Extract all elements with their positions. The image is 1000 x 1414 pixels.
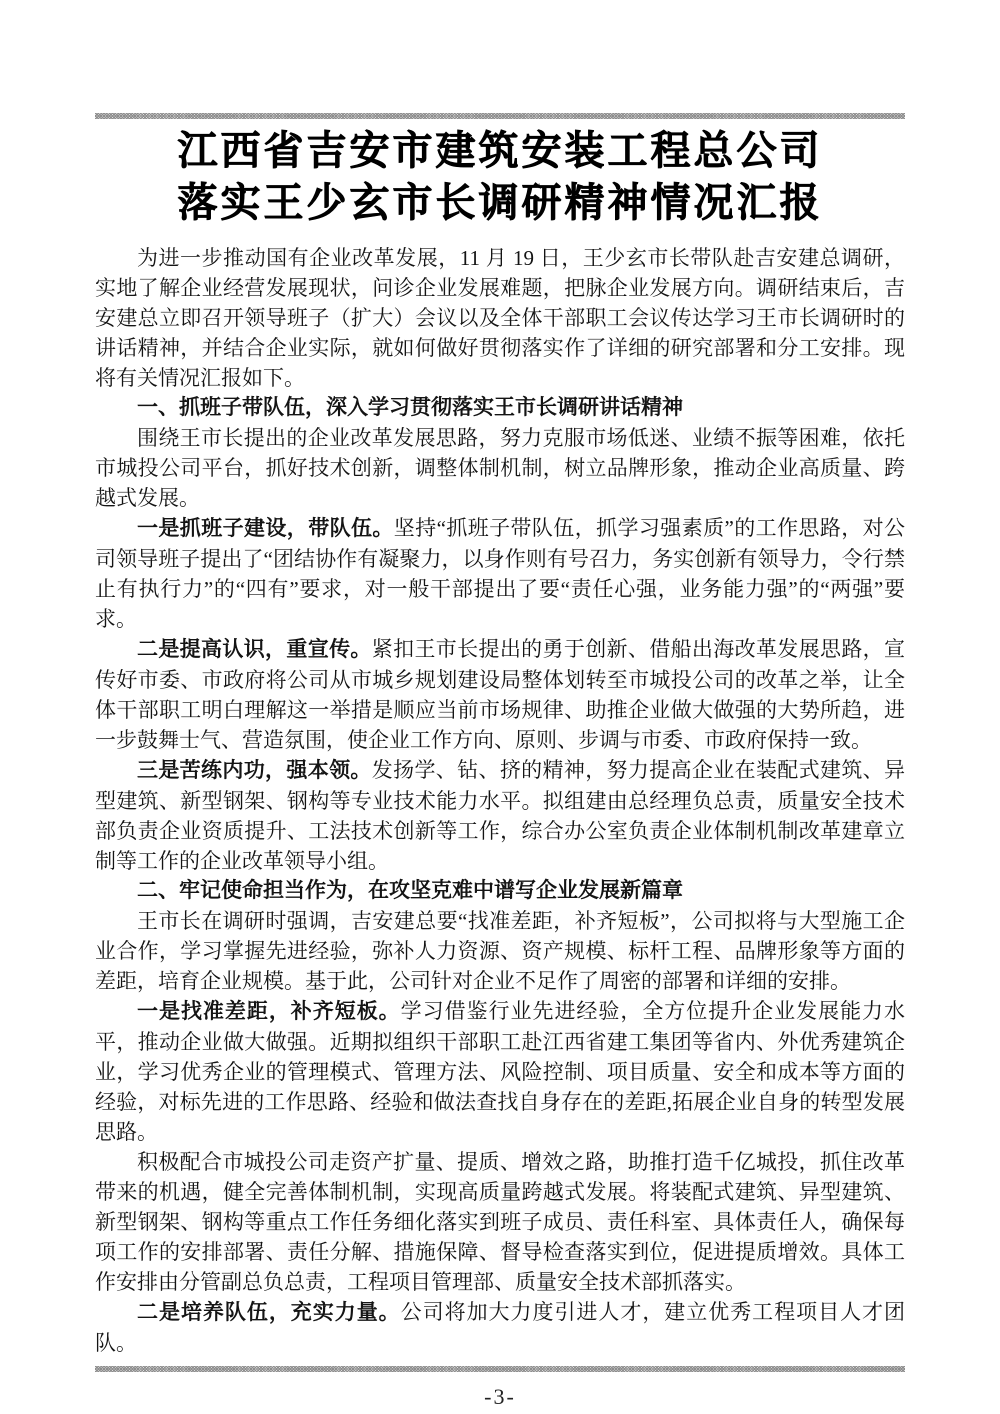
paragraph-lead: 二是培养队伍，充实力量。 [137,1301,401,1324]
document-page: 江西省吉安市建筑安装工程总公司 落实王少玄市长调研精神情况汇报 为进一步推动国有… [0,0,1000,1414]
document-title-line1: 江西省吉安市建筑安装工程总公司 [95,125,905,177]
body-paragraph: 围绕王市长提出的企业改革发展思路，努力克服市场低迷、业绩不振等困难，依托市城投公… [95,423,905,513]
body-paragraph-lead-2: 二是提高认识，重宣传。紧扣王市长提出的勇于创新、借船出海改革发展思路，宣传好市委… [95,634,905,755]
section-heading-1: 一、抓班子带队伍，深入学习贯彻落实王市长调研讲话精神 [95,393,905,423]
document-body: 为进一步推动国有企业改革发展，11 月 19 日，王少玄市长带队赴吉安建总调研，… [95,243,905,1358]
paragraph-lead: 三是苦练内功，强本领。 [137,759,372,782]
body-paragraph-lead-4: 一是找准差距，补齐短板。学习借鉴行业先进经验，全方位提升企业发展能力水平，推动企… [95,996,905,1147]
body-paragraph-intro: 为进一步推动国有企业改革发展，11 月 19 日，王少玄市长带队赴吉安建总调研，… [95,243,905,393]
body-paragraph: 积极配合市城投公司走资产扩量、提质、增效之路，助推打造千亿城投，抓住改革带来的机… [95,1147,905,1297]
page-number: -3- [95,1384,905,1410]
document-title-line2: 落实王少玄市长调研精神情况汇报 [95,177,905,229]
paragraph-lead: 二是提高认识，重宣传。 [137,638,372,661]
body-paragraph: 王市长在调研时强调，吉安建总要“找准差距，补齐短板”，公司拟将与大型施工企业合作… [95,906,905,996]
bottom-border-rule [95,1366,905,1372]
body-paragraph-lead-3: 三是苦练内功，强本领。发扬学、钻、挤的精神，努力提高企业在装配式建筑、异型建筑、… [95,755,905,876]
paragraph-lead: 一是抓班子建设，带队伍。 [137,517,394,540]
top-border-rule [95,113,905,119]
body-paragraph-lead-1: 一是抓班子建设，带队伍。坚持“抓班子带队伍，抓学习强素质”的工作思路，对公司领导… [95,513,905,634]
paragraph-lead: 一是找准差距，补齐短板。 [137,1000,401,1023]
section-heading-2: 二、牢记使命担当作为，在攻坚克难中谱写企业发展新篇章 [95,876,905,906]
body-paragraph-lead-5: 二是培养队伍，充实力量。公司将加大力度引进人才，建立优秀工程项目人才团队。 [95,1297,905,1358]
